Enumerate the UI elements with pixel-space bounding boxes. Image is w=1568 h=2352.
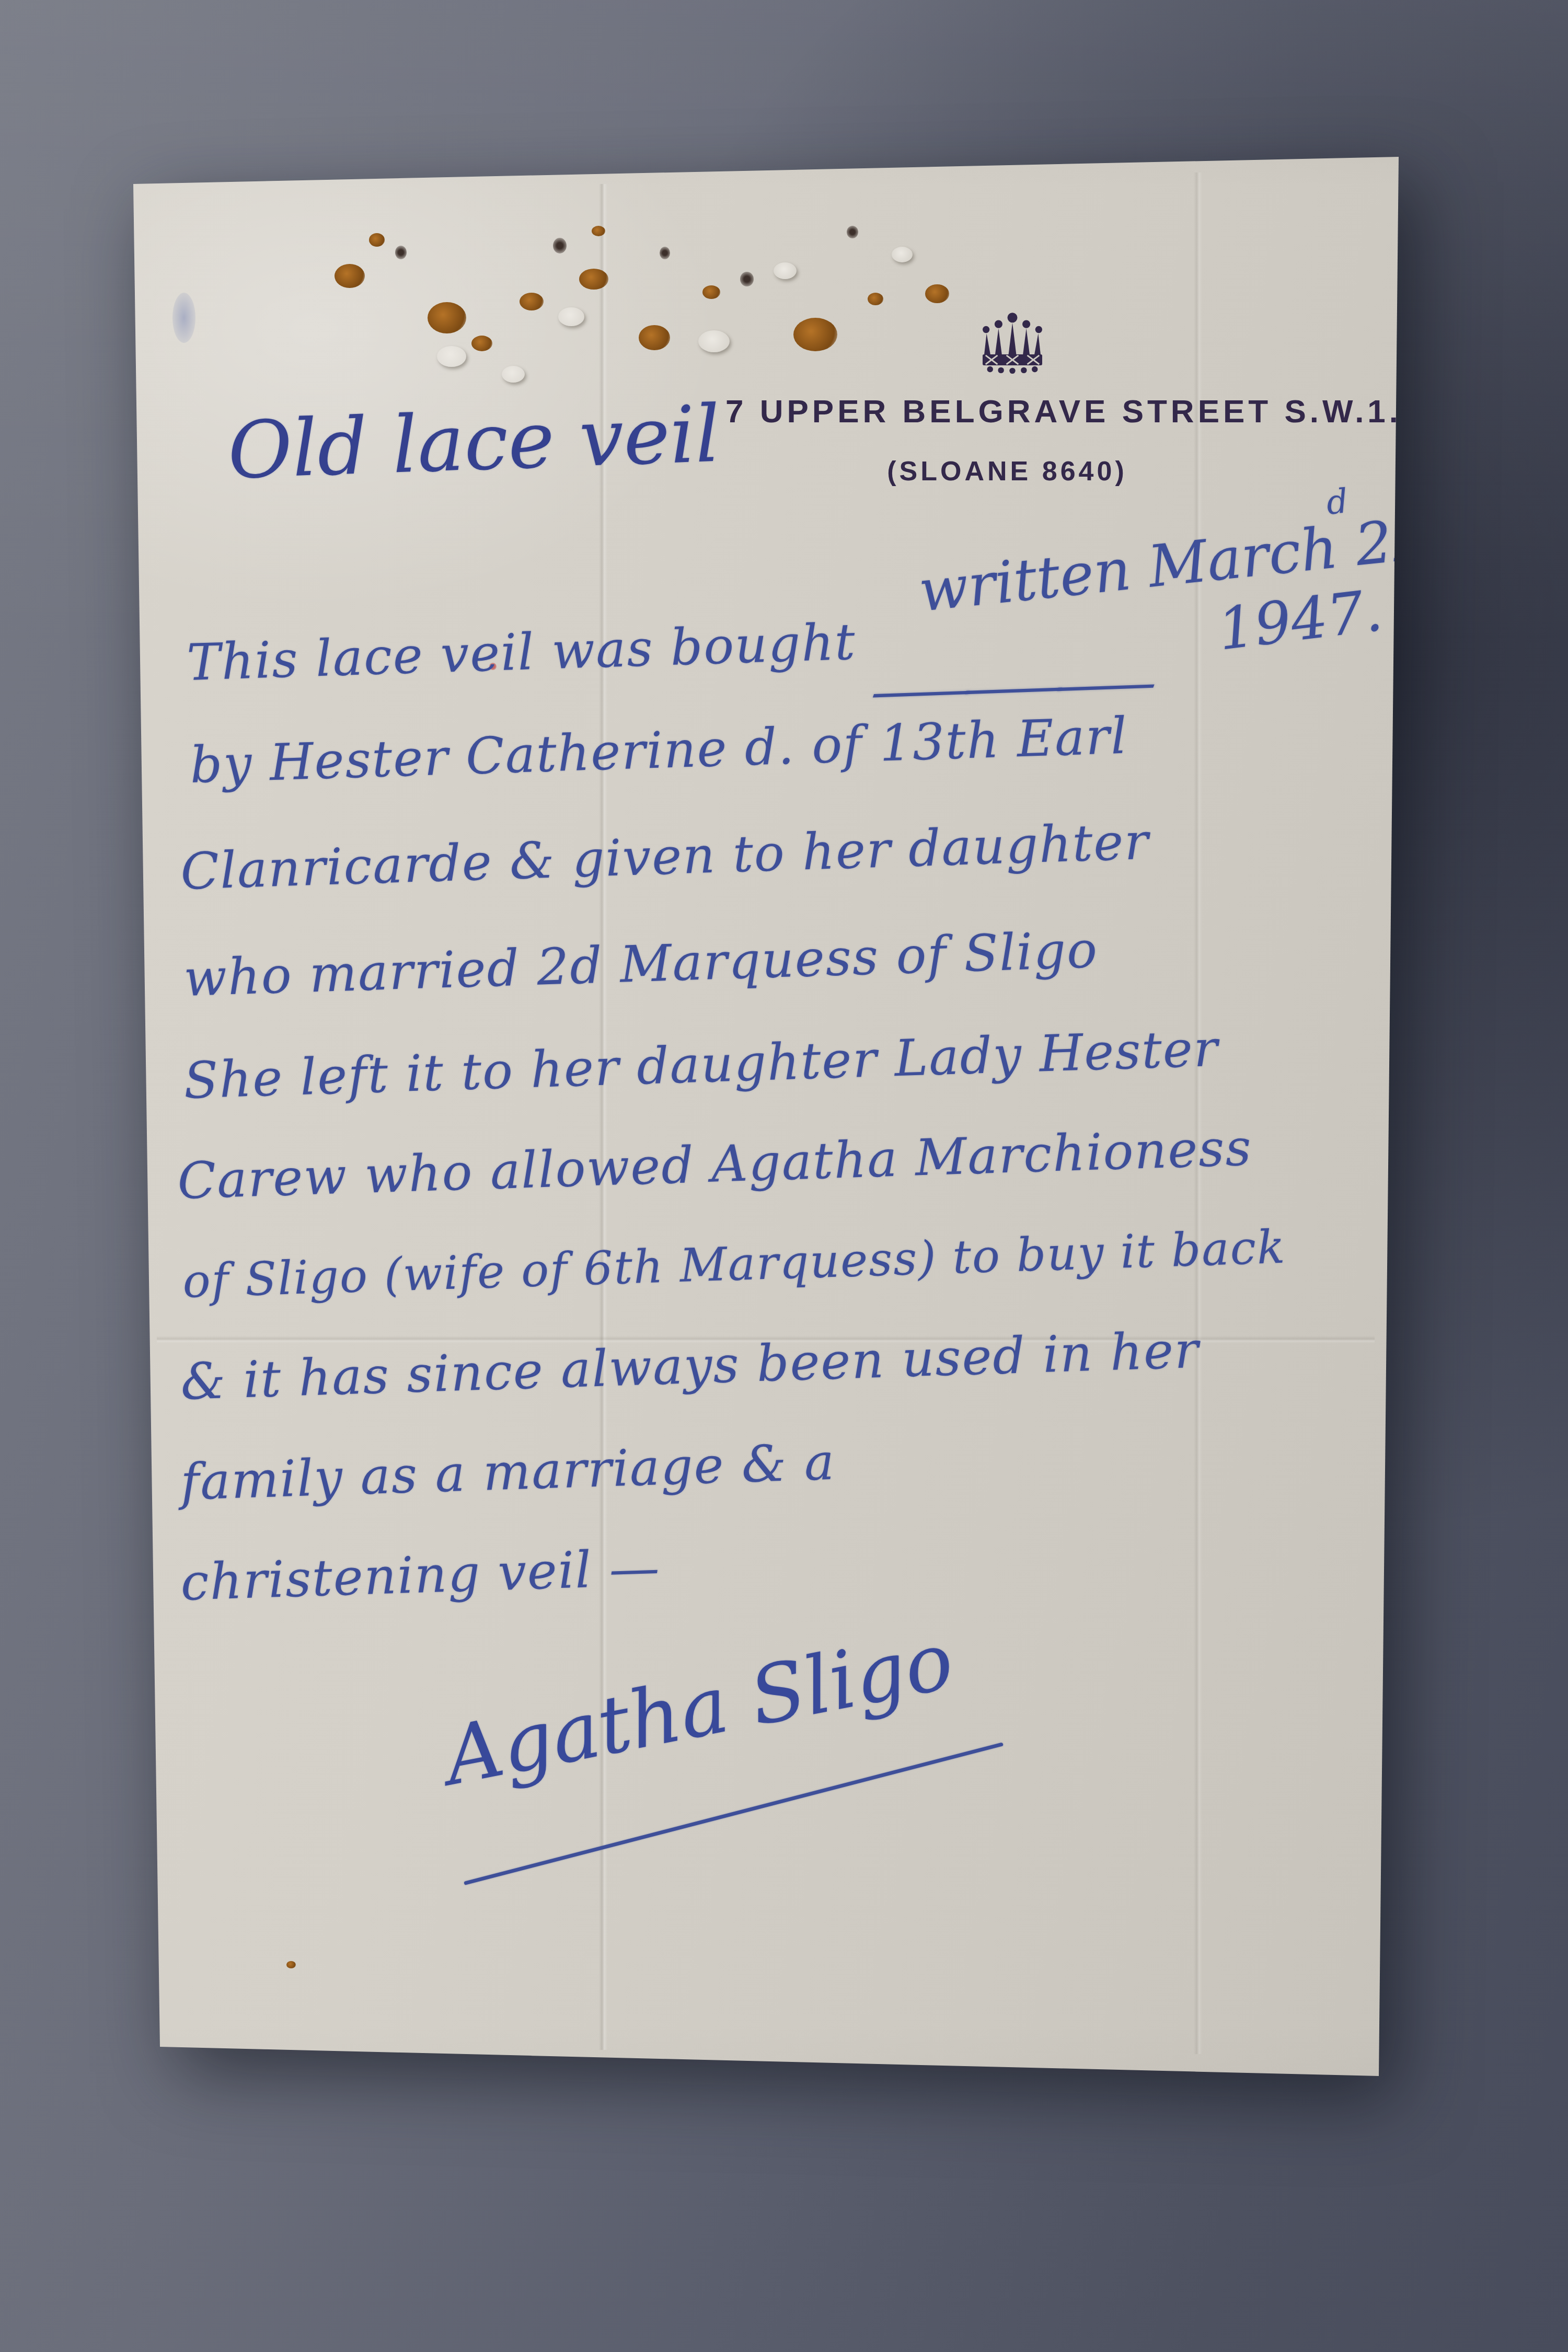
body-line: by Hester Catherine d. of 13th Earl (189, 707, 1128, 794)
body-line: This lace veil was bought (186, 613, 857, 692)
paper-dent (774, 262, 797, 279)
stain (793, 318, 837, 351)
stain (868, 293, 883, 305)
body-line: Clanricarde & given to her daughter (180, 812, 1150, 901)
paper-dent (698, 330, 730, 352)
stain (366, 2121, 373, 2127)
paper-dent (892, 247, 913, 262)
stain (925, 284, 949, 303)
paper-dent (502, 366, 525, 383)
stain (471, 336, 492, 351)
body-line: christening veil — (180, 1538, 661, 1612)
paper-dent (437, 346, 466, 367)
photo-of-letter: 7 UPPER BELGRAVE STREET S.W.1. (SLOANE 8… (0, 0, 1568, 2352)
stain (544, 2168, 561, 2180)
date-superscript: d (1324, 482, 1350, 523)
stain (419, 2137, 433, 2146)
stain (847, 226, 858, 238)
fold-crease (1194, 172, 1202, 2054)
paper-dent (558, 307, 584, 326)
stain (335, 264, 365, 288)
stain (740, 272, 754, 286)
stain (592, 226, 605, 236)
coronet-icon (963, 303, 1062, 386)
stain (428, 302, 466, 333)
stain (369, 233, 385, 247)
body-line: She left it to her daughter Lady Hester (183, 1019, 1219, 1110)
body-line: Carew who allowed Agatha Marchioness (177, 1118, 1253, 1210)
paper-shadow-wrap: 7 UPPER BELGRAVE STREET S.W.1. (SLOANE 8… (0, 0, 1568, 2352)
body-line: family as a marriage & a (180, 1433, 836, 1512)
stain (553, 238, 567, 253)
body-line: who married 2d Marquess of Sligo (183, 920, 1099, 1008)
stain (395, 246, 407, 259)
stain (520, 293, 544, 310)
body-line: of Sligo (wife of 6th Marquess) to buy i… (182, 1220, 1287, 1308)
note-title: Old lace veil (226, 389, 721, 497)
stain (286, 1961, 296, 1968)
stain (639, 325, 670, 350)
ink-smudge (172, 293, 195, 343)
stain (702, 285, 720, 299)
body-line: & it has since always been used in her (180, 1321, 1200, 1411)
stain (660, 247, 670, 259)
letter-paper: 7 UPPER BELGRAVE STREET S.W.1. (SLOANE 8… (0, 0, 1568, 2352)
letterhead-address: 7 UPPER BELGRAVE STREET S.W.1. (725, 393, 1374, 430)
letterhead-phone: (SLOANE 8640) (884, 456, 1130, 487)
stain (579, 269, 608, 290)
